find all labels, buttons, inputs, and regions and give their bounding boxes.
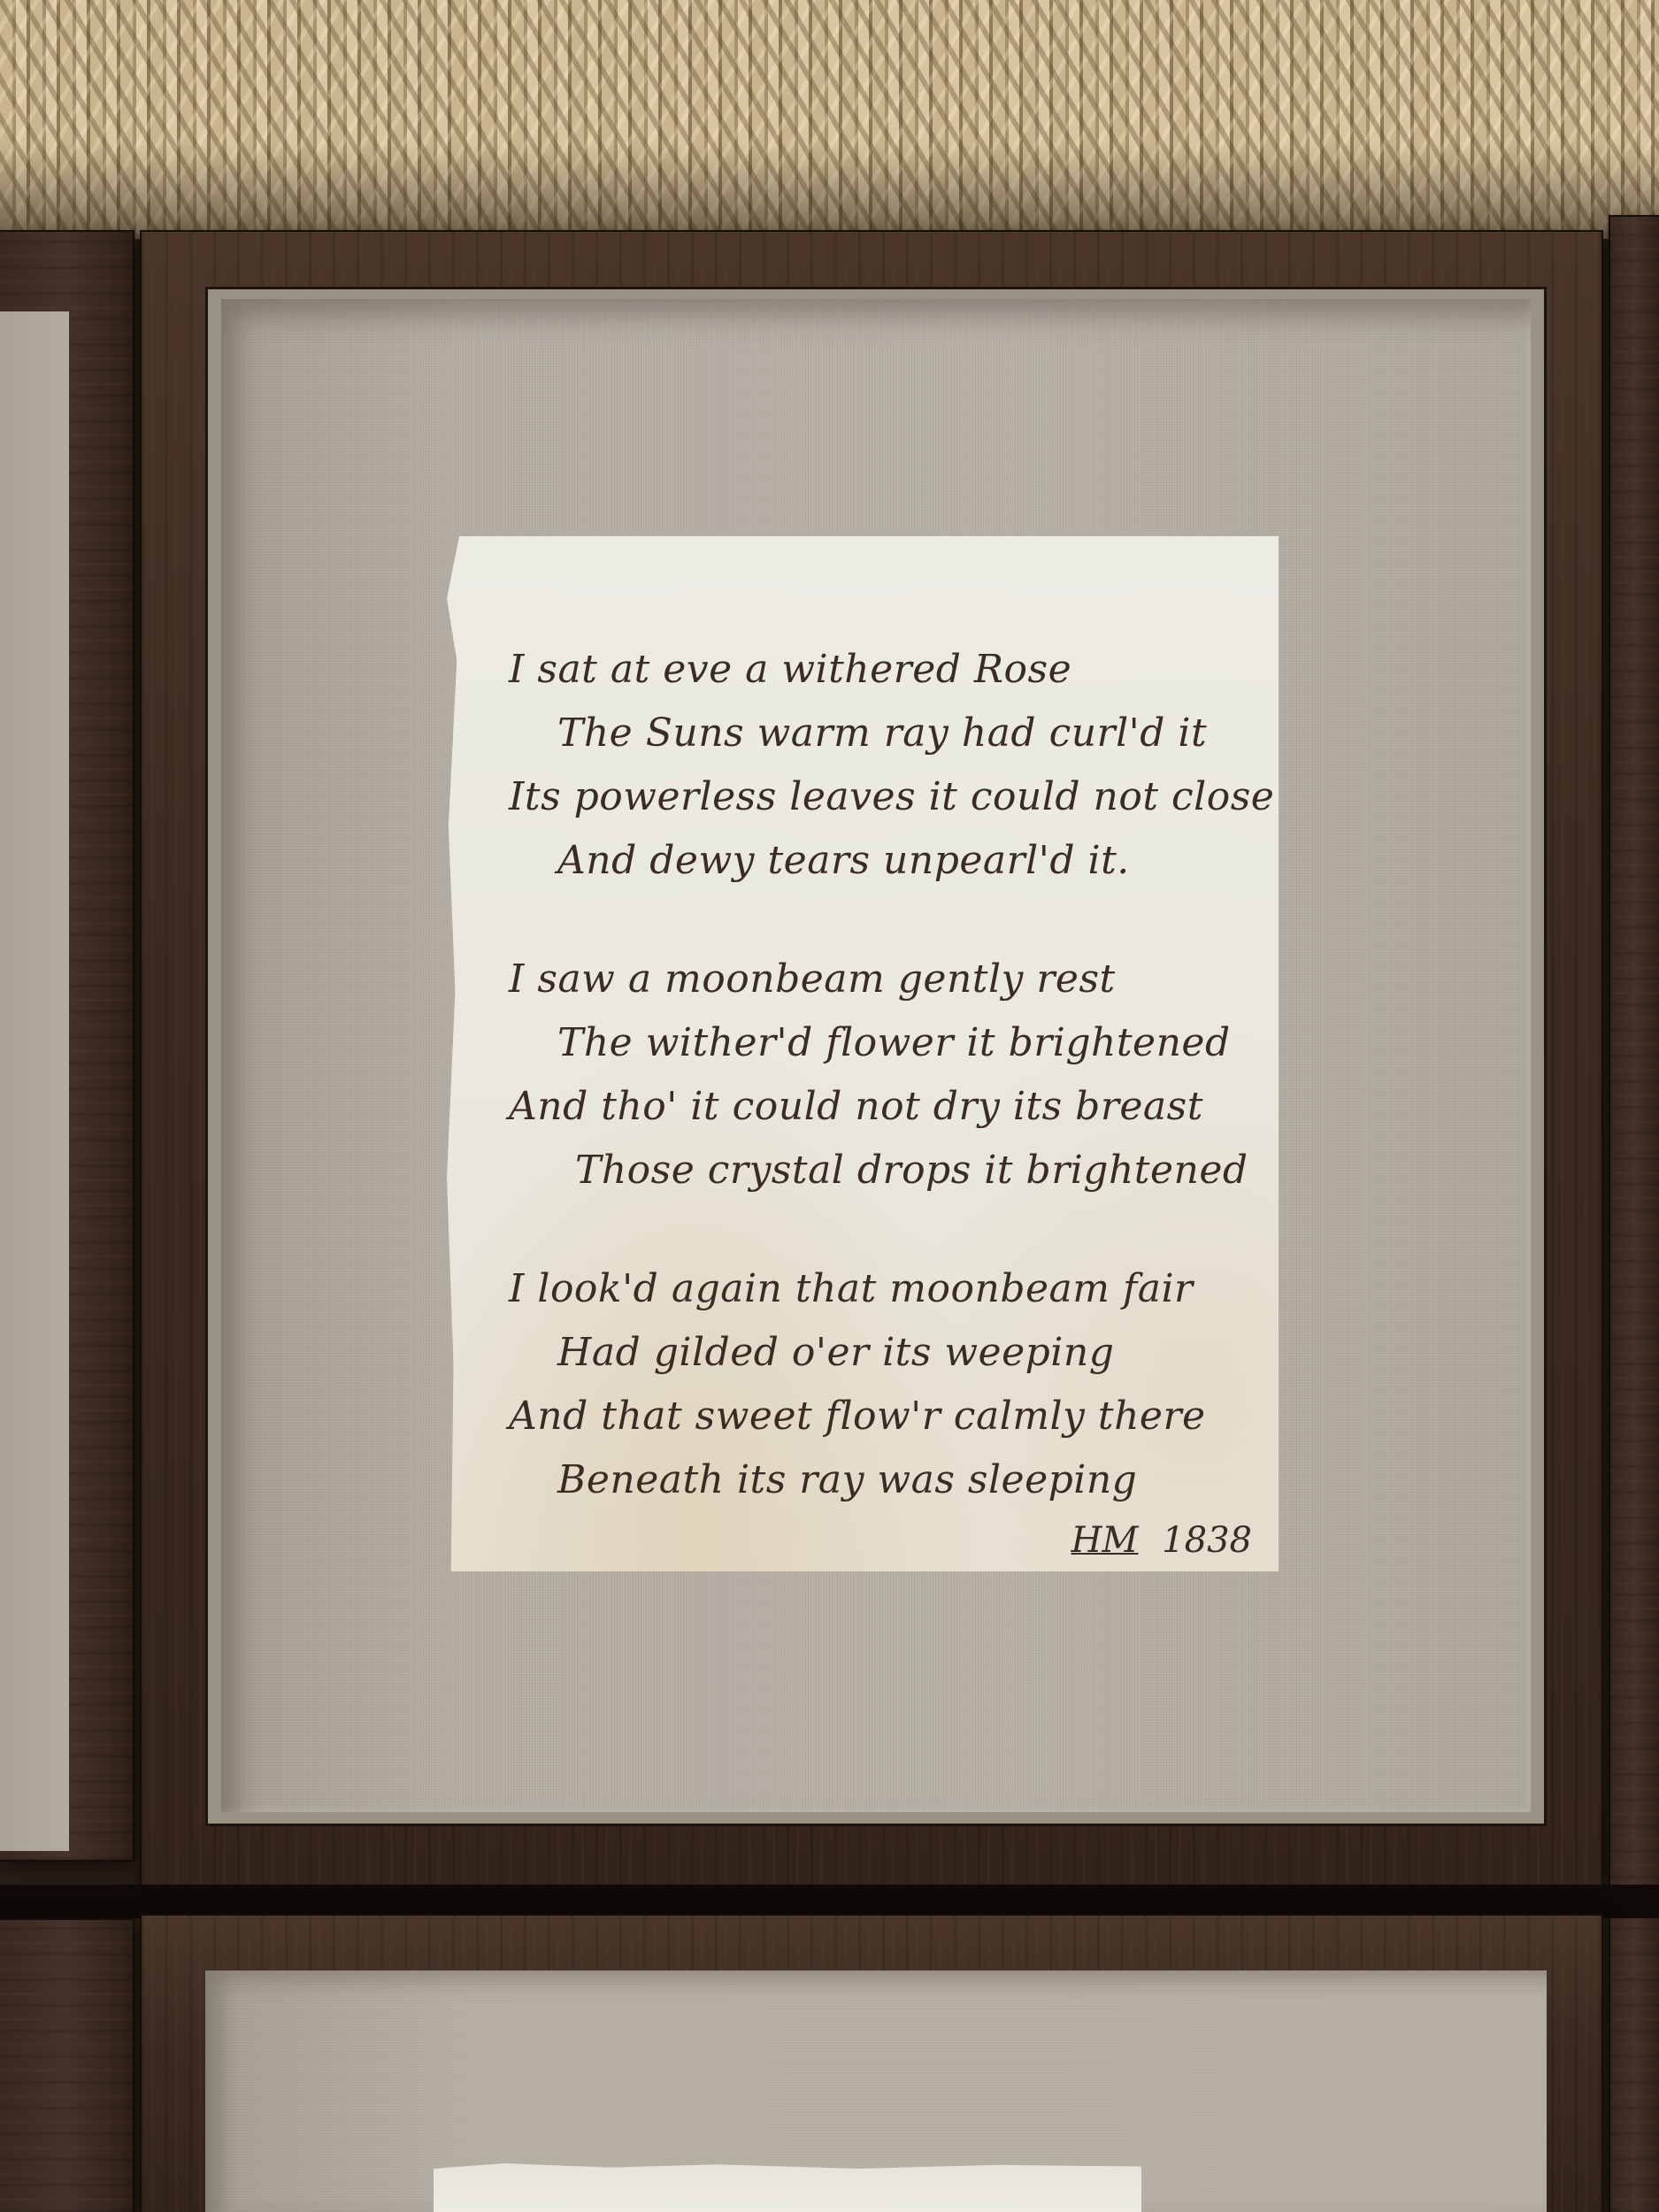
- poem-line: And dewy tears unpearl'd it.: [509, 829, 1243, 893]
- poem-line: And that sweet flow'r calmly there: [509, 1385, 1243, 1448]
- poem-line: The Suns warm ray had curl'd it: [509, 702, 1243, 765]
- poem-line: Those crystal drops it brightened: [509, 1139, 1243, 1202]
- poem-line: Had gilded o'er its weeping: [509, 1321, 1243, 1385]
- adjacent-frame-left-mat: [0, 311, 69, 1851]
- signature: HM 1838: [1071, 1520, 1252, 1561]
- adjacent-manuscript-edge: [434, 2163, 1141, 2212]
- adjacent-frame-bottom-left: [0, 1920, 133, 2212]
- frame-gap-shadow: [0, 1885, 1659, 1918]
- woven-seagrass-wall: [0, 0, 1659, 239]
- stanza-3: I look'd again that moonbeam fair Had gi…: [509, 1257, 1243, 1512]
- poem-line: Beneath its ray was sleeping: [509, 1448, 1243, 1512]
- photo-scene: I sat at eve a withered Rose The Suns wa…: [0, 0, 1659, 2212]
- stanza-2: I saw a moonbeam gently rest The wither'…: [509, 948, 1243, 1202]
- signature-year: 1838: [1162, 1520, 1252, 1561]
- poem-line: The wither'd flower it brightened: [509, 1011, 1243, 1075]
- poem-line: And tho' it could not dry its breast: [509, 1075, 1243, 1139]
- manuscript-page: I sat at eve a withered Rose The Suns wa…: [447, 536, 1279, 1571]
- adjacent-frame-left: [0, 232, 133, 1860]
- adjacent-frame-bottom: [142, 1916, 1601, 2212]
- signature-initials: HM: [1071, 1520, 1139, 1561]
- poem-line: I look'd again that moonbeam fair: [509, 1257, 1243, 1321]
- poem-line: I saw a moonbeam gently rest: [509, 948, 1243, 1011]
- poem-line: I sat at eve a withered Rose: [509, 638, 1243, 702]
- poem-line: Its powerless leaves it could not close: [509, 765, 1243, 829]
- stanza-1: I sat at eve a withered Rose The Suns wa…: [509, 638, 1243, 893]
